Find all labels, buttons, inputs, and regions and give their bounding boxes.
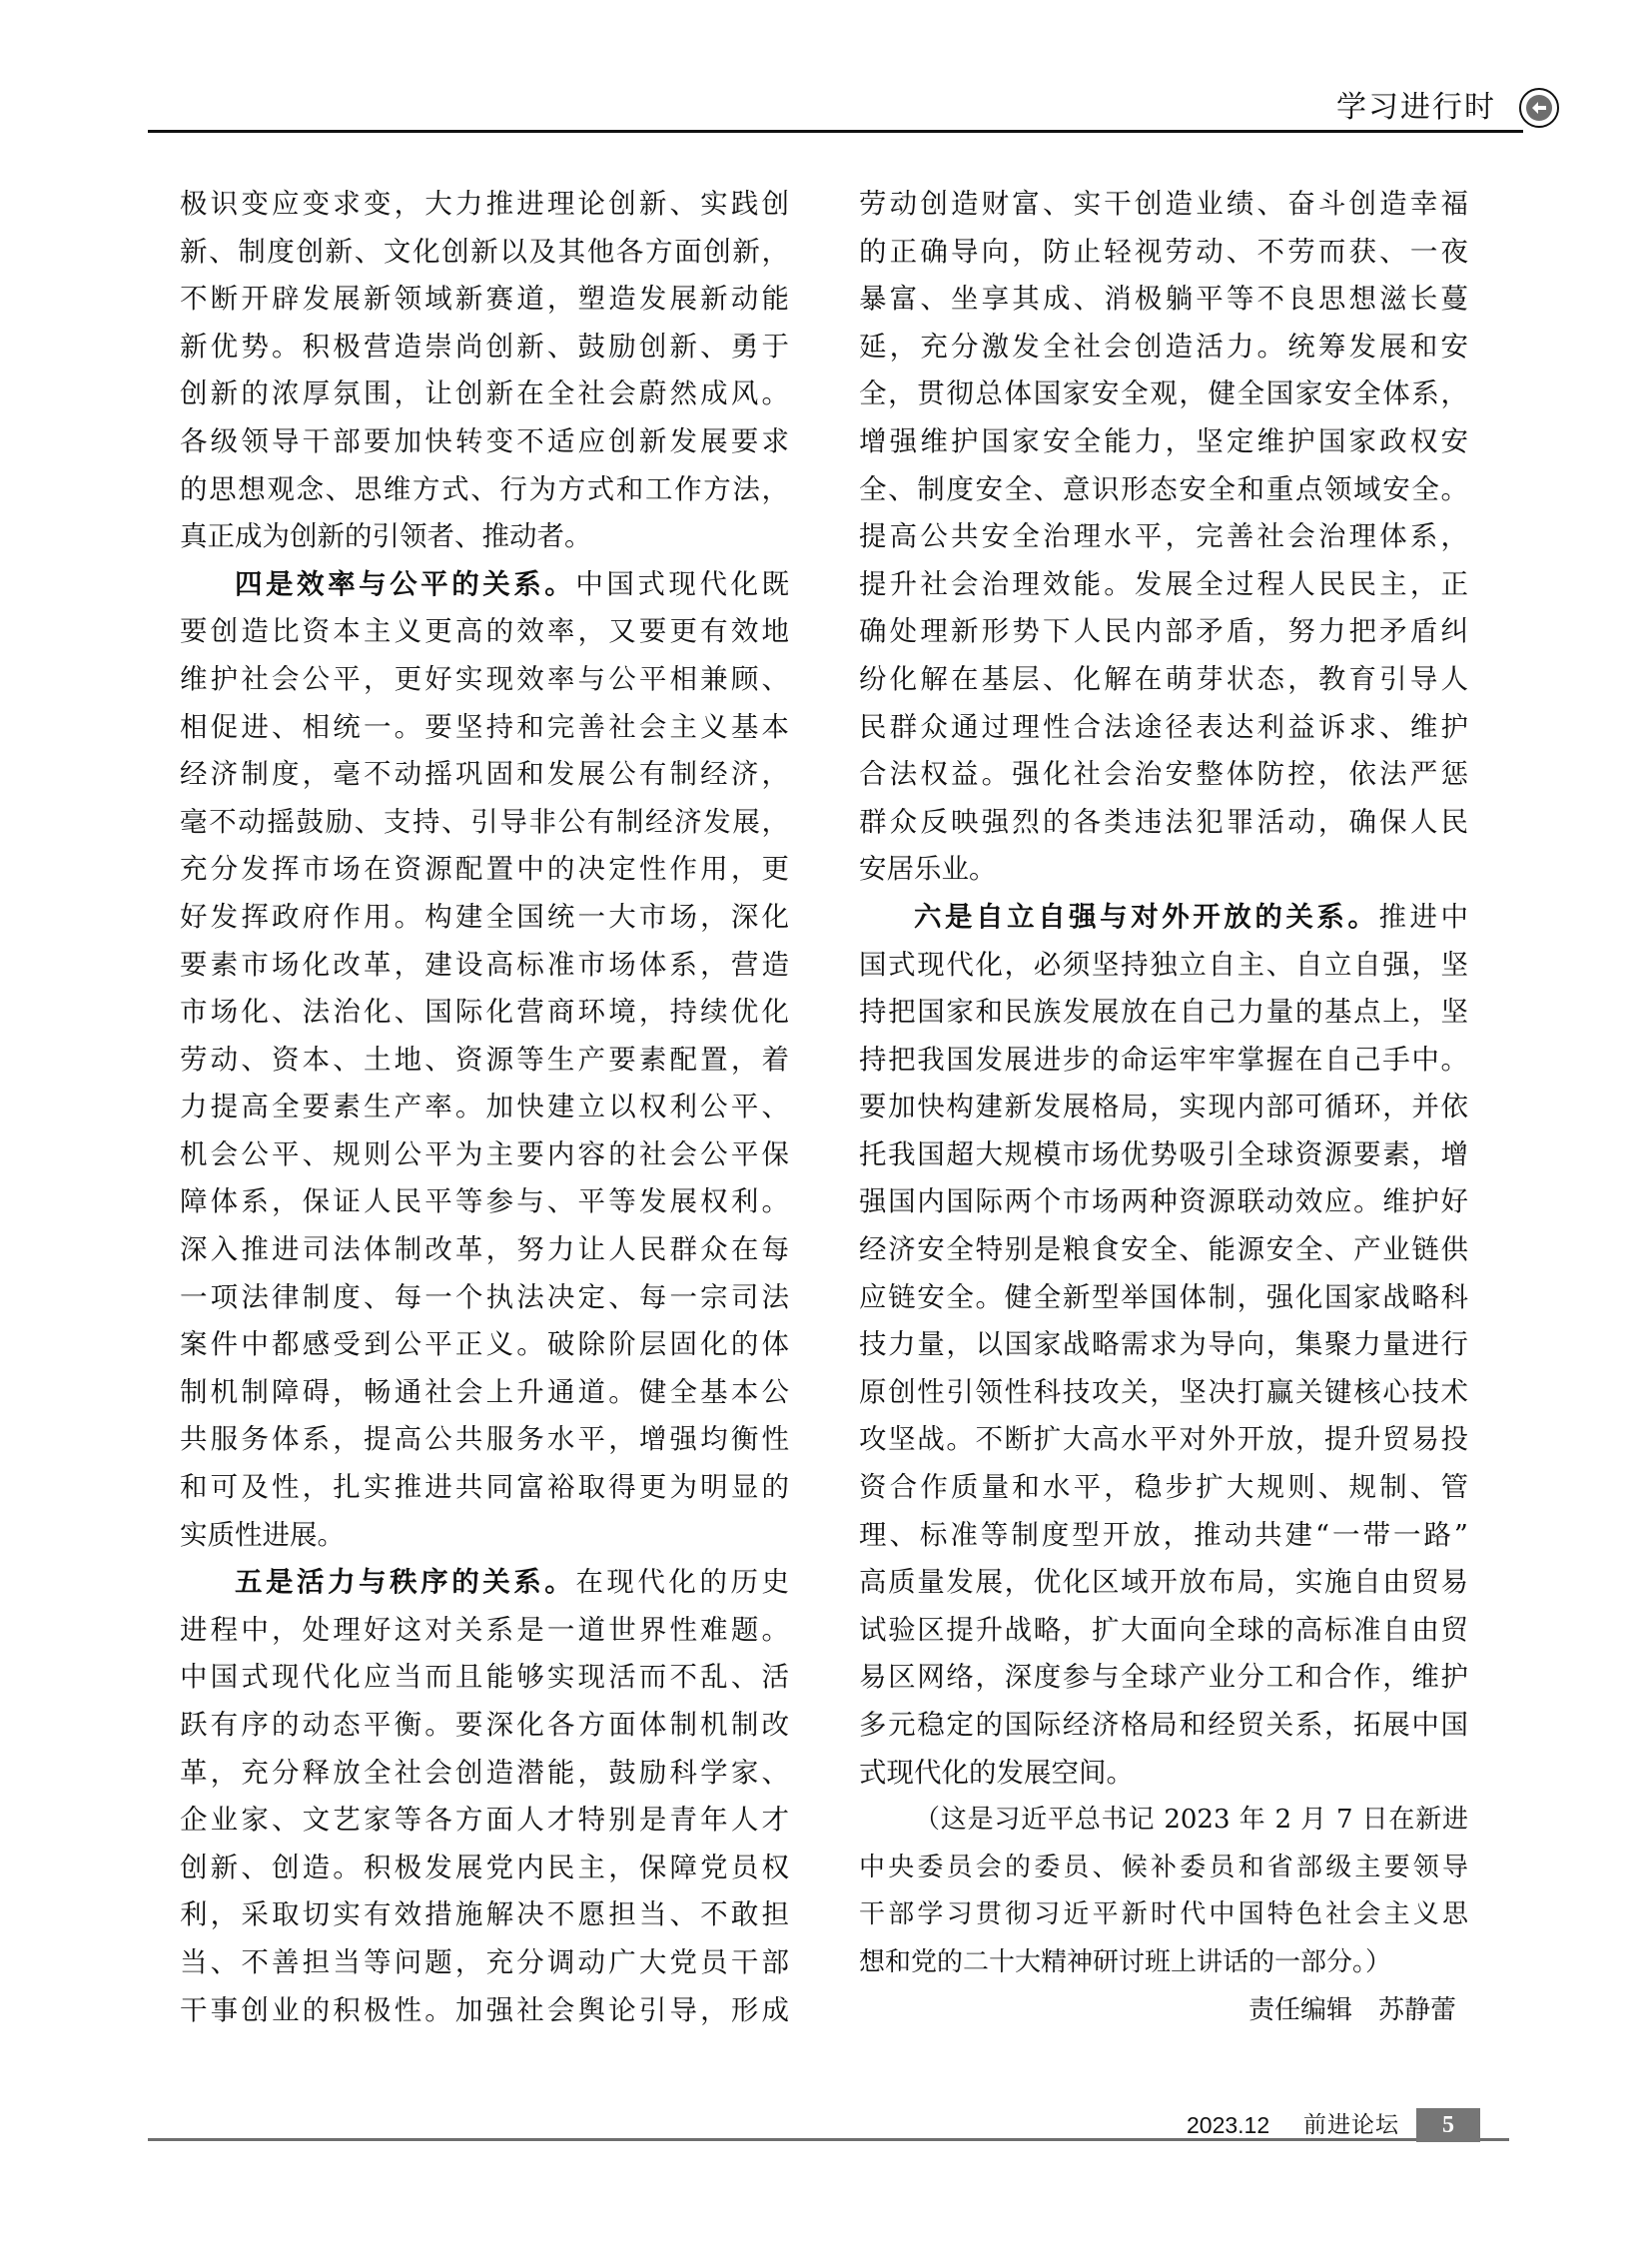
- text-line: 劳动、资本、土地、资源等生产要素配置，着: [180, 1037, 789, 1085]
- text-line: 原创性引领性科技攻关，坚决打赢关键核心技术: [859, 1369, 1468, 1417]
- text-line: 要素市场化改革，建设高标准市场体系，营造: [180, 942, 789, 990]
- text-line: 和可及性，扎实推进共同富裕取得更为明显的: [180, 1464, 789, 1512]
- text-line: 式现代化的发展空间。: [859, 1750, 1468, 1798]
- text-line: 各级领导干部要加快转变不适应创新发展要求: [180, 418, 789, 466]
- text-line: 机会公平、规则公平为主要内容的社会公平保: [180, 1131, 789, 1179]
- text-line: 托我国超大规模市场优势吸引全球资源要素，增: [859, 1131, 1468, 1179]
- text-line: 理、标准等制度型开放，推动共建“一带一路”: [859, 1512, 1468, 1560]
- text-line: 高质量发展，优化区域开放布局，实施自由贸易: [859, 1559, 1468, 1607]
- text-line: 维护社会公平，更好实现效率与公平相兼顾、: [180, 656, 789, 704]
- text-line: 案件中都感受到公平正义。破除阶层固化的体: [180, 1321, 789, 1369]
- text-line: 暴富、坐享其成、消极躺平等不良思想滋长蔓: [859, 276, 1468, 324]
- source-note-line: 干部学习贯彻习近平新时代中国特色社会主义思: [859, 1891, 1468, 1939]
- section-heading-five: 五是活力与秩序的关系。: [235, 1566, 575, 1598]
- text-line: 应链安全。健全新型举国体制，强化国家战略科: [859, 1274, 1468, 1322]
- text-line: 实质性进展。: [180, 1512, 789, 1560]
- text-line: 提高公共安全治理水平，完善社会治理体系，: [859, 513, 1468, 561]
- text-line: 跃有序的动态平衡。要深化各方面体制机制改: [180, 1702, 789, 1750]
- text-line: 一项法律制度、每一个执法决定、每一宗司法: [180, 1274, 789, 1322]
- text-line: 不断开辟发展新领域新赛道，塑造发展新动能: [180, 276, 789, 324]
- text-line: 要加快构建新发展格局，实现内部可循环，并依: [859, 1084, 1468, 1131]
- text-line: 的思想观念、思维方式、行为方式和工作方法，: [180, 466, 789, 514]
- text-line: 劳动创造财富、实干创造业绩、奋斗创造幸福: [859, 181, 1468, 229]
- text-line: 持把我国发展进步的命运牢牢掌握在自己手中。: [859, 1037, 1468, 1085]
- text-line: 当、不善担当等问题，充分调动广大党员干部: [180, 1939, 789, 1987]
- section-heading-six: 六是自立自强与对外开放的关系。: [914, 901, 1378, 933]
- left-column: 极识变应变求变，大力推进理论创新、实践创 新、制度创新、文化创新以及其他各方面创…: [180, 181, 789, 2034]
- text-line: 群众反映强烈的各类违法犯罪活动，确保人民: [859, 799, 1468, 847]
- text-line: 试验区提升战略，扩大面向全球的高标准自由贸: [859, 1607, 1468, 1655]
- text-line: 深入推进司法体制改革，努力让人民群众在每: [180, 1226, 789, 1274]
- text-line: 全，贯彻总体国家安全观，健全国家安全体系，: [859, 371, 1468, 418]
- text-line: 延，充分激发全社会创造活力。统筹发展和安: [859, 324, 1468, 372]
- text-line: 纷化解在基层、化解在萌芽状态，教育引导人: [859, 656, 1468, 704]
- source-note-line: 想和党的二十大精神研讨班上讲话的一部分。）: [859, 1939, 1468, 1987]
- text-line: 新优势。积极营造崇尚创新、鼓励创新、勇于: [180, 324, 789, 372]
- responsible-editor: 责任编辑 苏静蕾: [859, 1987, 1468, 2035]
- text-line: 创新、创造。积极发展党内民主，保障党员权: [180, 1845, 789, 1892]
- text-line: 毫不动摇鼓励、支持、引导非公有制经济发展，: [180, 799, 789, 847]
- section-heading-four: 四是效率与公平的关系。: [235, 568, 575, 600]
- text-line: 中国式现代化应当而且能够实现活而不乱、活: [180, 1654, 789, 1702]
- text-line: 持把国家和民族发展放在自己力量的基点上，坚: [859, 989, 1468, 1037]
- text-line: 相促进、相统一。要坚持和完善社会主义基本: [180, 704, 789, 752]
- section-heading-line: 五是活力与秩序的关系。在现代化的历史: [180, 1559, 789, 1607]
- text-line: 经济制度，毫不动摇巩固和发展公有制经济，: [180, 751, 789, 799]
- text-line: 资合作质量和水平，稳步扩大规则、规制、管: [859, 1464, 1468, 1512]
- text-line: 共服务体系，提高公共服务水平，增强均衡性: [180, 1416, 789, 1464]
- text-line: 真正成为创新的引领者、推动者。: [180, 513, 789, 561]
- text-line: 制机制障碍，畅通社会上升通道。健全基本公: [180, 1369, 789, 1417]
- text-line: 利，采取切实有效措施解决不愿担当、不敢担: [180, 1891, 789, 1939]
- text-line: 攻坚战。不断扩大高水平对外开放，提升贸易投: [859, 1416, 1468, 1464]
- text-line: 强国内国际两个市场两种资源联动效应。维护好: [859, 1178, 1468, 1226]
- text-line: 充分发挥市场在资源配置中的决定性作用，更: [180, 846, 789, 894]
- section-heading-line: 六是自立自强与对外开放的关系。推进中: [859, 894, 1468, 942]
- text-line: 极识变应变求变，大力推进理论创新、实践创: [180, 181, 789, 229]
- text-line: 国式现代化，必须坚持独立自主、自立自强，坚: [859, 942, 1468, 990]
- text-line: 安居乐业。: [859, 846, 1468, 894]
- text-line: 力提高全要素生产率。加快建立以权利公平、: [180, 1084, 789, 1131]
- source-note-line: （这是习近平总书记 2023 年 2 月 7 日在新进: [859, 1797, 1468, 1845]
- section-title: 学习进行时: [1336, 88, 1496, 128]
- text-line: 确处理新形势下人民内部矛盾，努力把矛盾纠: [859, 608, 1468, 656]
- text-line: 经济安全特别是粮食安全、能源安全、产业链供: [859, 1226, 1468, 1274]
- text-line: 市场化、法治化、国际化营商环境，持续优化: [180, 989, 789, 1037]
- text-line: 的正确导向，防止轻视劳动、不劳而获、一夜: [859, 229, 1468, 277]
- text-line: 干事创业的积极性。加强社会舆论引导，形成: [180, 1987, 789, 2035]
- text-line: 障体系，保证人民平等参与、平等发展权利。: [180, 1178, 789, 1226]
- text-line: 提升社会治理效能。发展全过程人民民主，正: [859, 561, 1468, 609]
- text-line: 革，充分释放全社会创造潜能，鼓励科学家、: [180, 1750, 789, 1798]
- text-line: 易区网络，深度参与全球产业分工和合作，维护: [859, 1654, 1468, 1702]
- text-line: 合法权益。强化社会治安整体防控，依法严惩: [859, 751, 1468, 799]
- section-heading-line: 四是效率与公平的关系。中国式现代化既: [180, 561, 789, 609]
- text-line: 全、制度安全、意识形态安全和重点领域安全。: [859, 466, 1468, 514]
- text-line: 民群众通过理性合法途径表达利益诉求、维护: [859, 704, 1468, 752]
- header-rule: [148, 130, 1523, 133]
- text-line: 增强维护国家安全能力，坚定维护国家政权安: [859, 418, 1468, 466]
- source-note-line: 中央委员会的委员、候补委员和省部级主要领导: [859, 1845, 1468, 1892]
- text-line: 要创造比资本主义更高的效率，又要更有效地: [180, 608, 789, 656]
- right-column: 劳动创造财富、实干创造业绩、奋斗创造幸福 的正确导向，防止轻视劳动、不劳而获、一…: [859, 181, 1468, 2034]
- magazine-name: 前进论坛: [1303, 2110, 1399, 2140]
- circled-left-arrow-icon: [1519, 88, 1559, 128]
- text-line: 进程中，处理好这对关系是一道世界性难题。: [180, 1607, 789, 1655]
- text-line: 技力量，以国家战略需求为导向，集聚力量进行: [859, 1321, 1468, 1369]
- page-number: 5: [1416, 2108, 1480, 2142]
- text-line: 创新的浓厚氛围，让创新在全社会蔚然成风。: [180, 371, 789, 418]
- text-line: 多元稳定的国际经济格局和经贸关系，拓展中国: [859, 1702, 1468, 1750]
- text-line: 企业家、文艺家等各方面人才特别是青年人才: [180, 1797, 789, 1845]
- text-line: 新、制度创新、文化创新以及其他各方面创新，: [180, 229, 789, 277]
- text-line: 好发挥政府作用。构建全国统一大市场，深化: [180, 894, 789, 942]
- issue-date: 2023.12: [1187, 2110, 1269, 2140]
